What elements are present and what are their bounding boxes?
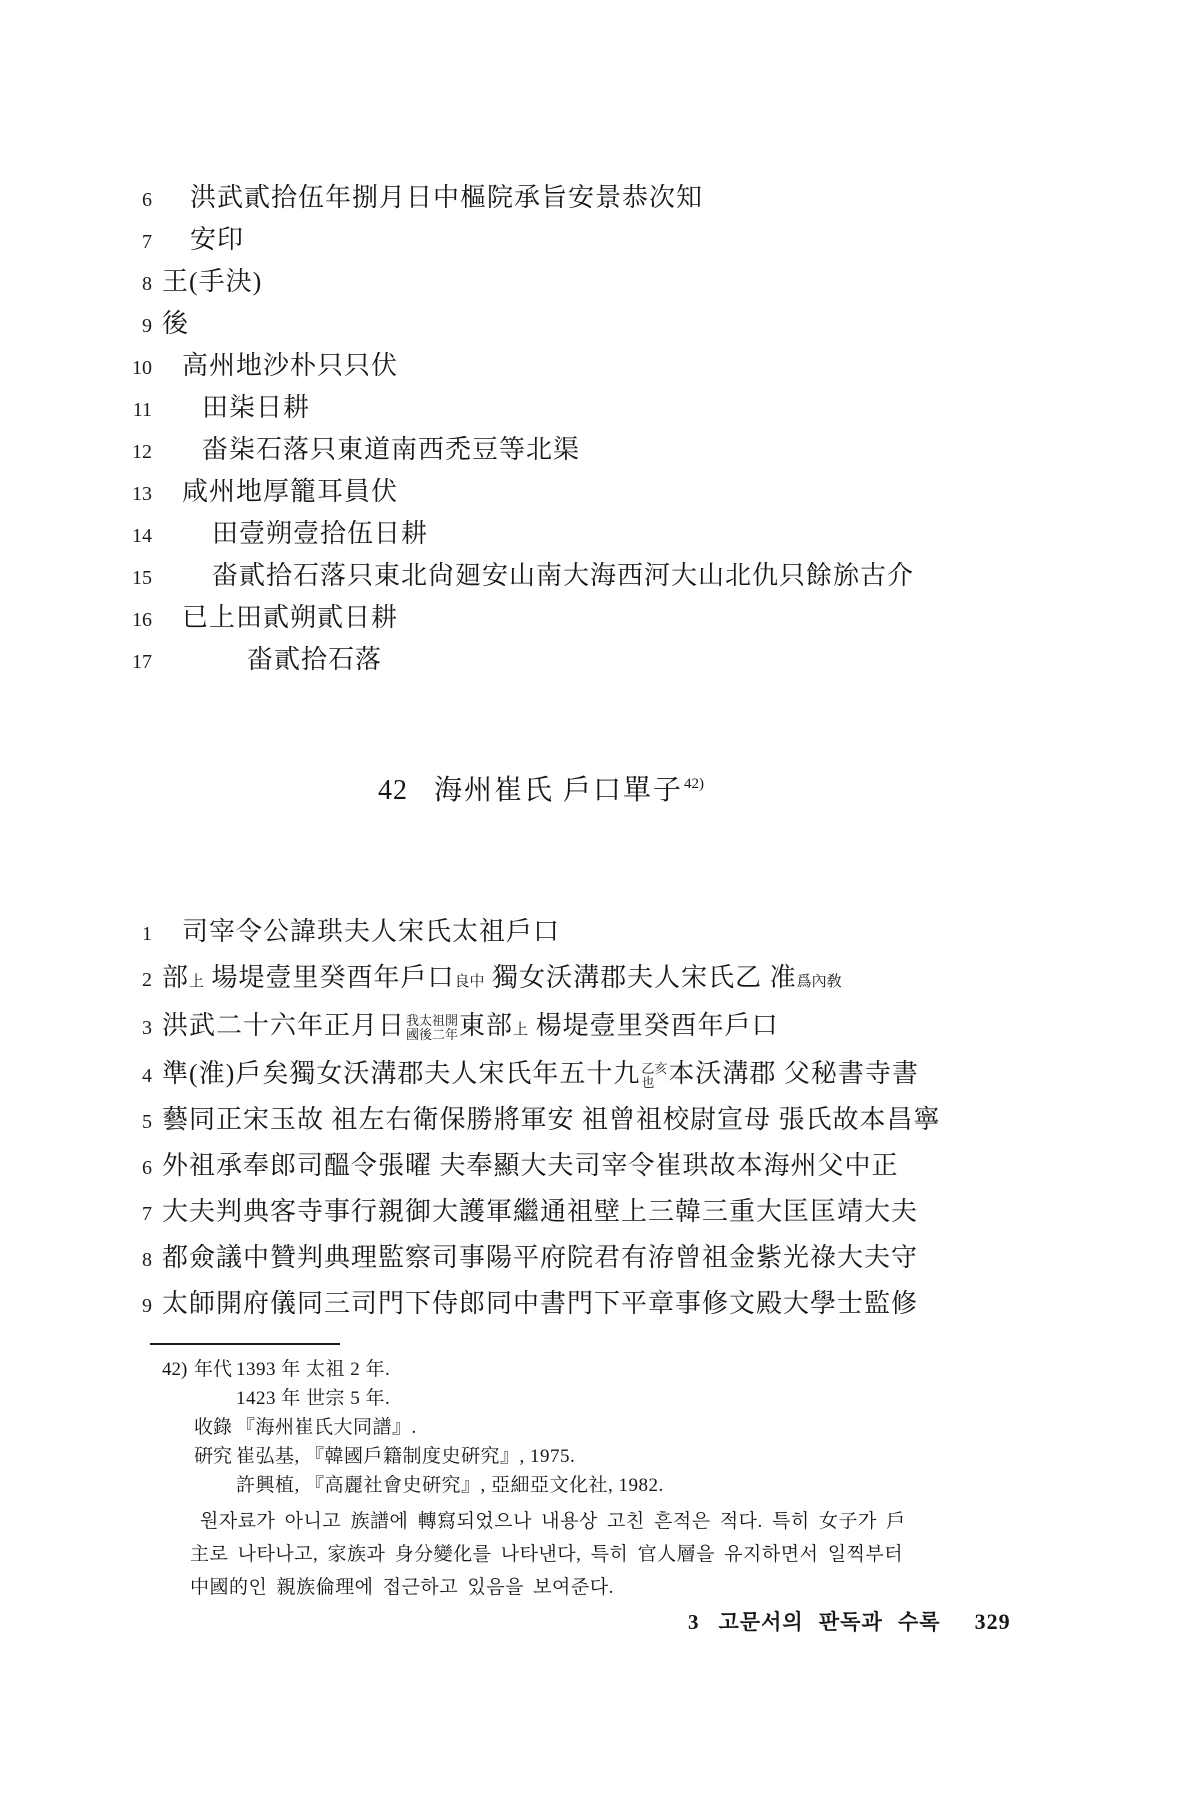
- transcription-line: 9後: [0, 304, 1200, 346]
- transcription-line: 15畓貳拾石落只東北尙廻安山南大海西河大山北仇只餘旀古介: [0, 556, 1200, 598]
- transcription-line: 16已上田貳朔貳日耕: [0, 598, 1200, 640]
- line-text: 準(淮)戶矣獨女沃溝郡夫人宋氏年五十九乙亥也本沃溝郡 父秘書寺書: [162, 1052, 919, 1096]
- footnote-paragraph-line: 主로 나타나고, 家族과 身分變化를 나타낸다, 특히 官人層을 유지하면서 일…: [190, 1538, 962, 1571]
- footnote-field-value: 1423 年 世宗 5 年.: [236, 1384, 390, 1413]
- footnote-row: 收錄『海州崔氏大同譜』.: [162, 1413, 972, 1442]
- footnote-field-label: 硏究: [194, 1442, 236, 1471]
- footnote-row: 許興植, 『高麗社會史硏究』, 亞細亞文化社, 1982.: [162, 1471, 972, 1500]
- section-number: 42: [378, 775, 408, 806]
- line-number: 4: [0, 1054, 152, 1098]
- line-text: 安印: [190, 220, 244, 260]
- line-text: 部上 場堤壹里癸酉年戶口良中 獨女沃溝郡夫人宋氏乙 准爲內敎: [162, 956, 842, 1004]
- line-text: 司宰令公諱珙夫人宋氏太祖戶口: [182, 910, 560, 954]
- footnote-field-value: 1393 年 太祖 2 年.: [236, 1355, 390, 1384]
- transcription-line: 14田壹朔壹拾伍日耕: [0, 514, 1200, 556]
- line-text: 畓貳拾石落: [247, 640, 382, 680]
- footnote-paragraph: 원자료가 아니고 族譜에 轉寫되었으나 내용상 고친 흔적은 적다. 특히 女子…: [190, 1505, 962, 1604]
- line-number: 8: [0, 264, 152, 304]
- footnote-field-label: [194, 1471, 236, 1500]
- transcription-line: 9太師開府儀同三司門下侍郎同中書門下平章事修文殿大學士監修: [0, 1282, 1200, 1328]
- line-number: 15: [0, 558, 152, 598]
- transcription-line: 10高州地沙朴只只伏: [0, 346, 1200, 388]
- interlinear-annotation-bottom: 國後二年: [406, 1028, 458, 1042]
- small-inline-annotation: 良中: [455, 974, 485, 990]
- footnote-field-value: 崔弘基, 『韓國戶籍制度史硏究』, 1975.: [236, 1442, 575, 1471]
- footnote-row: 1423 年 世宗 5 年.: [162, 1384, 972, 1413]
- footnote-divider: [150, 1343, 340, 1345]
- line-number: 16: [0, 600, 152, 640]
- line-number: 10: [0, 348, 152, 388]
- line-text: 田柒日耕: [202, 388, 310, 428]
- footnote-rows: 42)年代1393 年 太祖 2 年.1423 年 世宗 5 年.收錄『海州崔氏…: [162, 1355, 972, 1500]
- document-page: 6洪武貳拾伍年捌月日中樞院承旨安景恭次知7安印8王(手決)9後10高州地沙朴只只…: [0, 0, 1200, 1800]
- small-inline-annotation: 上: [189, 974, 204, 990]
- interlinear-annotation-top: 我太祖開: [406, 1014, 458, 1028]
- line-text: 洪武貳拾伍年捌月日中樞院承旨安景恭次知: [190, 178, 703, 218]
- interlinear-annotation-top: 乙亥: [641, 1062, 667, 1076]
- interlinear-annotation: 我太祖開國後二年: [406, 1014, 458, 1042]
- footer-chapter-number: 3: [688, 1610, 699, 1635]
- line-text: 洪武二十六年正月日我太祖開國後二年東部上 楊堤壹里癸酉年戶口: [162, 1004, 779, 1052]
- small-inline-annotation: 爲內敎: [797, 974, 842, 990]
- line-text: 外祖承奉郎司醞令張曜 夫奉顯大夫司宰令崔珙故本海州父中正: [162, 1144, 899, 1188]
- line-text: 王(手決): [162, 262, 262, 302]
- footnote-field-label: 年代: [194, 1355, 236, 1384]
- transcription-line: 5藝同正宋玉故 祖左右衛保勝將軍安 祖曾祖校尉宣母 張氏故本昌寧: [0, 1098, 1200, 1144]
- transcription-line: 7大夫判典客寺事行親御大護軍繼通祖壁上三韓三重大匡匡靖大夫: [0, 1190, 1200, 1236]
- line-number: 11: [0, 390, 152, 430]
- line-text: 高州地沙朴只只伏: [182, 346, 398, 386]
- line-number: 6: [0, 180, 152, 220]
- transcription-line: 8都僉議中贊判典理監察司事陽平府院君有洊曾祖金紫光祿大夫守: [0, 1236, 1200, 1282]
- transcription-line: 6外祖承奉郎司醞令張曜 夫奉顯大夫司宰令崔珙故本海州父中正: [0, 1144, 1200, 1190]
- transcription-list-upper: 6洪武貳拾伍年捌月日中樞院承旨安景恭次知7安印8王(手決)9後10高州地沙朴只只…: [0, 178, 1200, 682]
- footnote-reference-marker: 42): [684, 776, 704, 792]
- footnote-paragraph-line: 원자료가 아니고 族譜에 轉寫되었으나 내용상 고친 흔적은 적다. 특히 女子…: [190, 1505, 962, 1538]
- line-text: 已上田貳朔貳日耕: [182, 598, 398, 638]
- line-text: 後: [162, 304, 189, 344]
- line-text: 畓貳拾石落只東北尙廻安山南大海西河大山北仇只餘旀古介: [212, 556, 914, 596]
- transcription-line: 3洪武二十六年正月日我太祖開國後二年東部上 楊堤壹里癸酉年戶口: [0, 1004, 1200, 1052]
- section-title: 42海州崔氏 戶口單子42): [378, 768, 704, 808]
- small-inline-annotation: 上: [513, 1022, 528, 1038]
- footnote-number: [162, 1442, 194, 1471]
- transcription-line: 17畓貳拾石落: [0, 640, 1200, 682]
- footnote-number: [162, 1413, 194, 1442]
- transcription-line: 2部上 場堤壹里癸酉年戶口良中 獨女沃溝郡夫人宋氏乙 准爲內敎: [0, 956, 1200, 1004]
- line-number: 7: [0, 1192, 152, 1236]
- page-number: 329: [975, 1609, 1011, 1635]
- footnote-field-value: 『海州崔氏大同譜』.: [236, 1413, 417, 1442]
- line-number: 17: [0, 642, 152, 682]
- transcription-line: 4準(淮)戶矣獨女沃溝郡夫人宋氏年五十九乙亥也本沃溝郡 父秘書寺書: [0, 1052, 1200, 1098]
- transcription-line: 8王(手決): [0, 262, 1200, 304]
- transcription-line: 12畓柒石落只東道南西禿豆等北渠: [0, 430, 1200, 472]
- line-number: 3: [0, 1006, 152, 1050]
- line-number: 2: [0, 958, 152, 1002]
- line-number: 9: [0, 306, 152, 346]
- transcription-line: 6洪武貳拾伍年捌月日中樞院承旨安景恭次知: [0, 178, 1200, 220]
- line-text: 田壹朔壹拾伍日耕: [212, 514, 428, 554]
- footnote-number: [162, 1471, 194, 1500]
- interlinear-annotation-bottom: 也: [641, 1076, 667, 1090]
- footnote-field-label: 收錄: [194, 1413, 236, 1442]
- section-title-text: 海州崔氏 戶口單子: [434, 775, 683, 806]
- transcription-line: 1司宰令公諱珙夫人宋氏太祖戶口: [0, 910, 1200, 956]
- line-number: 13: [0, 474, 152, 514]
- interlinear-annotation: 乙亥也: [641, 1062, 667, 1090]
- line-text: 藝同正宋玉故 祖左右衛保勝將軍安 祖曾祖校尉宣母 張氏故本昌寧: [162, 1098, 941, 1142]
- transcription-line: 7安印: [0, 220, 1200, 262]
- footnote-paragraph-line: 中國的인 親族倫理에 접근하고 있음을 보여준다.: [190, 1571, 962, 1604]
- footer-chapter-title: 고문서의 판독과 수록: [719, 1606, 941, 1636]
- page-footer: 3 고문서의 판독과 수록 329: [688, 1606, 1011, 1636]
- footnote-field-value: 許興植, 『高麗社會史硏究』, 亞細亞文化社, 1982.: [236, 1471, 664, 1500]
- line-number: 6: [0, 1146, 152, 1190]
- footnote-field-label: [194, 1384, 236, 1413]
- line-text: 太師開府儀同三司門下侍郎同中書門下平章事修文殿大學士監修: [162, 1282, 918, 1326]
- transcription-line: 11田柒日耕: [0, 388, 1200, 430]
- footnote-row: 硏究崔弘基, 『韓國戶籍制度史硏究』, 1975.: [162, 1442, 972, 1471]
- line-number: 8: [0, 1238, 152, 1282]
- line-number: 14: [0, 516, 152, 556]
- line-text: 咸州地厚籠耳員伏: [182, 472, 398, 512]
- line-number: 5: [0, 1100, 152, 1144]
- transcription-list-lower: 1司宰令公諱珙夫人宋氏太祖戶口2部上 場堤壹里癸酉年戶口良中 獨女沃溝郡夫人宋氏…: [0, 910, 1200, 1328]
- footnote-row: 42)年代1393 年 太祖 2 年.: [162, 1355, 972, 1384]
- footnote-block: 42)年代1393 年 太祖 2 年.1423 年 世宗 5 年.收錄『海州崔氏…: [162, 1343, 972, 1604]
- line-text: 大夫判典客寺事行親御大護軍繼通祖壁上三韓三重大匡匡靖大夫: [162, 1190, 918, 1234]
- line-number: 9: [0, 1284, 152, 1328]
- footnote-number: [162, 1384, 194, 1413]
- line-number: 1: [0, 912, 152, 956]
- transcription-line: 13咸州地厚籠耳員伏: [0, 472, 1200, 514]
- line-text: 畓柒石落只東道南西禿豆等北渠: [202, 430, 580, 470]
- footnote-number: 42): [162, 1355, 194, 1384]
- line-text: 都僉議中贊判典理監察司事陽平府院君有洊曾祖金紫光祿大夫守: [162, 1236, 918, 1280]
- line-number: 7: [0, 222, 152, 262]
- line-number: 12: [0, 432, 152, 472]
